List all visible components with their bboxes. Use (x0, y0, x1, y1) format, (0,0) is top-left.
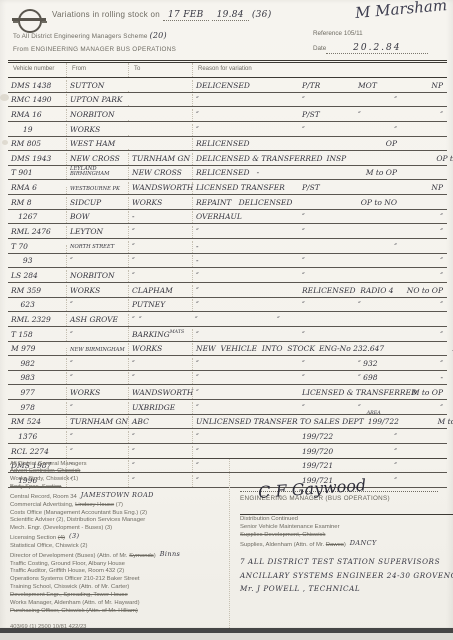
reason-text: UNLICENSED TRANSFER TO SALES DEPT (193, 416, 365, 428)
document-title: Variations in rolling stock on 17 FEB 19… (52, 10, 272, 21)
table-body: DMS 1438 SUTTON DELICENSED P/TR MOT NP R… (8, 78, 447, 488)
reason-cell: OVERHAUL ″ ″ (192, 211, 447, 223)
distribution-item: Commercial Advertising, Lindsey House (7… (10, 502, 225, 510)
reason-cell: ″ ″ ″ 698 - (192, 372, 447, 384)
table-row: LS 284 NORBITON ″ ″ ″ ″ (8, 268, 447, 283)
reason-text: - (193, 255, 299, 267)
from-cell: WORKS (66, 285, 128, 297)
reason-cell: UNLICENSED TRANSFER TO SALES DEPT AREA19… (192, 416, 453, 428)
reason-cell: ″ RELICENSED RADIO 4 NO to OP (192, 285, 447, 297)
reason-cell: ″ ″ ″ (192, 329, 447, 341)
reason-note-2: ″ (299, 124, 355, 136)
reason-cell: ″ ″ ″ 932 ″ (192, 358, 447, 370)
reason-cell: ″ ″ ″ (192, 124, 447, 136)
to-cell: ″ (128, 226, 192, 238)
table-row: 982 ″ ″ ″ ″ ″ 932 ″ (8, 356, 447, 371)
vehicle-number-cell: T 158 (8, 329, 66, 341)
reason-text: ″ (193, 387, 299, 399)
from-cell: ″ (66, 299, 128, 311)
vehicle-number-cell: 978 (8, 402, 66, 414)
vehicle-number-cell: 93 (8, 255, 66, 267)
from-cell: ″ (66, 372, 128, 384)
reason-cell: DELICENSED P/TR MOT NP (192, 80, 447, 92)
distribution-item: Statistical Office, Chiswick (2) (10, 543, 225, 551)
reason-note-3: - (401, 372, 447, 384)
reason-note-3: ″ (401, 226, 447, 238)
reason-cell: - ″ ″ (192, 255, 447, 267)
from-cell: SIDCUP (66, 197, 128, 209)
reason-cell: ″ LICENSED & TRANSFERRED M to OP (192, 387, 447, 399)
rolling-stock-table: Vehicle number From To Reason for variat… (8, 60, 447, 488)
reason-note-2 (355, 296, 401, 297)
reason-note-1: P/TR (299, 80, 355, 92)
reason-note-1: P/ST (299, 182, 355, 194)
reason-note-3: ″ (401, 402, 447, 414)
lt-roundel-logo (12, 8, 46, 32)
table-header-row: Vehicle number From To Reason for variat… (8, 63, 447, 78)
reason-cell: ″ ″ ″ (192, 94, 447, 106)
reason-cell: DELICENSED & TRANSFERRED INSP OP to M (192, 153, 453, 165)
table-row: RMC 1490 UPTON PARK ″ ″ ″ (8, 93, 447, 108)
reason-note-1: INSP (324, 153, 380, 165)
reason-note-1: ″ (136, 314, 192, 326)
distribution-item: Training School, Chiswick (Attn. of Mr. … (10, 584, 225, 592)
addressee-line: To All District Engineering Managers Sch… (13, 31, 167, 40)
reason-cell: - ″ (192, 241, 447, 253)
title-sequence-number: (36) (252, 10, 272, 20)
reason-text: ″ (193, 109, 299, 121)
reason-note-2 (299, 252, 355, 253)
distribution-item: Works Study, Chiswick (1) (10, 476, 225, 484)
reason-note-2 (372, 354, 418, 355)
distribution-item: Traffic Costing, Ground Floor, Albany Ho… (10, 561, 225, 569)
reason-cell: ″ ″ ″ ″ (192, 299, 447, 311)
reason-note-1: ″ (299, 226, 355, 238)
reason-text: ″ (193, 372, 299, 384)
reason-cell: LICENSED TRANSFER P/ST NP (192, 182, 447, 194)
addressee-count-handwritten: (20) (150, 31, 167, 40)
vehicle-number-cell: DMS 1943 (8, 153, 66, 165)
reason-text: REPAINT DELICENSED (193, 197, 299, 209)
reason-note-3: OP to NO (355, 197, 401, 209)
from-cell: NEW CROSS (66, 153, 128, 165)
from-cell: WORKS (66, 387, 128, 399)
reason-note-2: ″ 698 (355, 372, 401, 384)
from-cell: TURNHAM GN (66, 416, 128, 428)
table-row: DMS 1438 SUTTON DELICENSED P/TR MOT NP (8, 78, 447, 93)
reason-text: ″ (129, 314, 136, 326)
reason-text: - (193, 241, 299, 253)
to-cell: - (128, 211, 192, 223)
reason-cell: ″ ″ ″ ″ (192, 402, 447, 414)
handwritten-note: 7 ALL DISTRICT TEST STATION SUPERVISORS (240, 555, 453, 569)
reason-cell: REPAINT DELICENSED OP to NO (192, 197, 447, 209)
reason-note-1: RELICENSED RADIO 4 (299, 285, 355, 297)
reason-note-2 (299, 178, 355, 179)
table-row: 19 WORKS ″ ″ ″ (8, 122, 447, 137)
table-row: 983 ″ ″ ″ ″ ″ 698 - (8, 371, 447, 386)
to-cell: ″ (128, 241, 192, 253)
reason-note-2 (355, 237, 401, 238)
reason-note-3: NP (401, 80, 447, 92)
distribution-item: Works Manager, Aldenham (Attn. of Mr. Ha… (10, 600, 225, 608)
to-cell (128, 135, 192, 136)
vehicle-number-cell: 1267 (8, 211, 66, 223)
reason-note-1: ″ (299, 402, 355, 414)
reason-note-1: ″ (193, 124, 299, 136)
table-row: RMA 16 NORBITON ″ P/ST ″ ″ (8, 107, 447, 122)
from-cell: ″ (66, 358, 128, 370)
handwritten-notes: 7 ALL DISTRICT TEST STATION SUPERVISORS … (240, 555, 453, 596)
table-row: RM 524 TURNHAM GN ABC UNLICENSED TRANSFE… (8, 415, 447, 430)
distribution-item: Mech. Engr. (Development - Buses) (3) (10, 525, 225, 533)
to-cell: ASH GROVE (66, 314, 128, 326)
table-row: RM 805 WEST HAM RELICENSED OP (8, 137, 447, 152)
table-row: RM 8 SIDCUP WORKS REPAINT DELICENSED OP … (8, 195, 447, 210)
distribution-list-left: All District General Managers Advert Con… (8, 459, 230, 630)
scanned-document: Variations in rolling stock on 17 FEB 19… (0, 0, 453, 640)
reason-text: ″ (193, 226, 299, 238)
reason-note-1: P/ST (299, 109, 355, 121)
table-row: 977 WORKS WANDSWORTH ″ LICENSED & TRANSF… (8, 385, 447, 400)
to-cell (128, 149, 192, 150)
vehicle-number-cell: 19 (8, 124, 66, 136)
roundel-icon (18, 9, 42, 33)
reason-cell: RELICENSED - M to OP (192, 167, 447, 179)
date-line: Date 20.2.84 (313, 43, 428, 54)
distribution-item: Scientific Adviser (2), Distribution Ser… (10, 517, 225, 525)
to-cell: WANDSWORTH (128, 182, 192, 194)
reason-note-3: OP (355, 138, 401, 150)
reason-note-2 (355, 266, 401, 267)
distribution-item: Director of Development (Buses) (Attn. o… (10, 551, 225, 561)
distribution-item: All District General Managers (10, 461, 225, 469)
vehicle-number-cell: 1376 (8, 431, 66, 443)
reason-text: ″ (193, 94, 299, 106)
from-cell: LEYLAND BIRMINGHAM (66, 167, 128, 179)
table-row: RMA 6 WESTBOURNE PK WANDSWORTH LICENSED … (8, 180, 447, 195)
from-cell: BOW (66, 211, 128, 223)
from-cell: WESTBOURNE PK (66, 187, 128, 194)
reason-note-2: 199/720 (299, 446, 355, 458)
reason-note-3: M to S (421, 416, 453, 428)
handwritten-note: Mr. J POWELL , TECHNICAL (240, 582, 453, 596)
reason-text: ″ (193, 446, 299, 458)
from-cell: NORBITON (66, 109, 128, 121)
scan-margin (0, 633, 453, 640)
reason-note-3: NP (401, 182, 447, 194)
reason-text: OVERHAUL (193, 211, 299, 223)
vehicle-number-cell: M 979 (8, 343, 66, 355)
to-cell: ″ (128, 358, 192, 370)
reference-line: Reference 105/11 (313, 30, 363, 37)
reason-note-3: ″ (355, 124, 401, 136)
reason-note-3: ″ (401, 329, 447, 341)
reason-note-3: OP to M (426, 153, 453, 165)
to-cell (128, 105, 192, 106)
to-cell: BARKINGMATS (128, 327, 192, 341)
reason-note-1: ″ (299, 270, 355, 282)
distribution-item: Development Engr., Spreading, Tower Hous… (10, 592, 225, 600)
reason-note-1: ENG-No 232.647 (316, 343, 372, 355)
reason-cell: ″ ″ ″ (192, 226, 447, 238)
to-cell: TURNHAM GN (128, 153, 192, 165)
reason-text: NEW VEHICLE INTO STOCK (193, 343, 316, 355)
vehicle-number-cell: RML 2476 (8, 226, 66, 238)
reason-text: ″ (193, 329, 299, 341)
col-reason: Reason for variation (192, 63, 447, 77)
vehicle-number-cell: RM 359 (8, 285, 66, 297)
from-cell: ″ (66, 402, 128, 414)
table-row: DMS 1943 NEW CROSS TURNHAM GN DELICENSED… (8, 151, 447, 166)
to-cell: WORKS (128, 197, 192, 209)
reason-note-2 (355, 281, 401, 282)
to-cell: ABC (128, 416, 192, 428)
reason-note-3: ″ (355, 94, 401, 106)
vehicle-number-cell: T 901 (8, 167, 66, 179)
title-year-handwritten: 19.84 (212, 10, 249, 21)
reason-note-1: ″ (299, 329, 355, 341)
col-to: To (128, 63, 192, 77)
reason-note-2: AREA199/722 (365, 416, 421, 428)
table-row: T 158 ″ BARKINGMATS ″ ″ ″ (8, 327, 447, 342)
vehicle-number-cell: RM 524 (8, 416, 66, 428)
distribution-item: Senior Vehicle Maintenance Examiner (240, 523, 453, 531)
vehicle-number-cell: 623 (8, 299, 66, 311)
reason-text: ″ (193, 270, 299, 282)
table-row: M 979 NEW BIRMINGHAM WORKS NEW VEHICLE I… (8, 342, 447, 357)
vehicle-number-cell: DMS 1438 (8, 80, 66, 92)
vehicle-number-cell: RMA 6 (8, 182, 66, 194)
reference-value: 105/11 (344, 30, 363, 37)
reason-note-2: ″ (355, 299, 401, 311)
vehicle-number-cell: RML 2329 (8, 314, 66, 326)
from-cell: ″ (66, 255, 128, 267)
table-row: T 901 LEYLAND BIRMINGHAM NEW CROSS RELIC… (8, 166, 447, 181)
col-vehicle-number: Vehicle number (8, 63, 66, 77)
reason-note-1: LICENSED & TRANSFERRED (299, 387, 355, 399)
reason-text: DELICENSED & TRANSFERRED (193, 153, 324, 165)
reason-cell: NEW VEHICLE INTO STOCK ENG-No 232.647 M (192, 343, 453, 355)
table-row: RML 2329 ASH GROVE ″ ″ ″ ″ (8, 312, 447, 327)
from-cell: ″ (66, 431, 128, 443)
to-cell: WANDSWORTH (128, 387, 192, 399)
reason-note-3: ″ (355, 446, 401, 458)
to-cell: WORKS (128, 343, 192, 355)
reason-note-2: ″ (192, 314, 238, 326)
table-row: T 70 NORTH STREET ″ - ″ (8, 239, 447, 254)
reason-cell: ″ P/ST ″ ″ (192, 109, 447, 121)
reason-note-2 (355, 193, 401, 194)
reason-note-2: 199/722 (299, 431, 355, 443)
reason-note-2 (355, 398, 401, 399)
distribution-item: Distribution Continued (240, 515, 453, 523)
to-superscript: MATS (170, 330, 185, 335)
reason-note-3: M (418, 343, 453, 355)
from-cell: LEYTON (66, 226, 128, 238)
reason-text: RELICENSED (193, 138, 299, 150)
reason-note-3: ″ (401, 270, 447, 282)
table-row: 978 ″ UXBRIDGE ″ ″ ″ ″ (8, 400, 447, 415)
to-cell: UXBRIDGE (128, 402, 192, 414)
vehicle-number-cell: RCL 2274 (8, 446, 66, 458)
to-cell: ″ (128, 431, 192, 443)
distribution-item: Advert Controller, Chiswick (10, 468, 225, 476)
reason-note-2 (355, 222, 401, 223)
reason-note-3: NO to OP (401, 285, 447, 297)
reason-text: ″ (193, 431, 299, 443)
vehicle-number-cell: RMC 1490 (8, 94, 66, 106)
vehicle-number-cell: 977 (8, 387, 66, 399)
distribution-item: Supplies, Aldenham (Attn. of Mr. Dawes)D… (240, 539, 453, 549)
reason-note-2 (299, 149, 355, 150)
to-cell: PUTNEY (128, 299, 192, 311)
reason-text: ″ (193, 299, 299, 311)
to-cell (128, 91, 192, 92)
reason-note-1: ″ (299, 358, 355, 370)
from-cell: NORBITON (66, 270, 128, 282)
from-cell: NORTH STREET (66, 245, 128, 252)
to-cell (128, 120, 192, 121)
reason-note-3: ″ (401, 358, 447, 370)
reason-cell: ″ ″ ″ (192, 270, 447, 282)
reason-note-1: ″ (299, 255, 355, 267)
reason-note-1: ″ (299, 372, 355, 384)
reason-text: ″ (193, 402, 299, 414)
date-value-handwritten: 20.2.84 (326, 43, 428, 54)
reason-note-3: ″ (355, 241, 401, 253)
vehicle-number-cell: LS 284 (8, 270, 66, 282)
reason-note-3: ″ (355, 431, 401, 443)
reason-note-2 (355, 340, 401, 341)
reason-note-1: ″ (299, 299, 355, 311)
vehicle-number-cell: RM 805 (8, 138, 66, 150)
from-cell: WEST HAM (66, 138, 128, 150)
reason-note-3: M to OP (401, 387, 447, 399)
table-row: RCL 2274 ″ ″ ″ 199/720 ″ (8, 444, 447, 459)
reason-note-2: ″ (355, 109, 401, 121)
vehicle-number-cell: 983 (8, 372, 66, 384)
to-cell: CLAPHAM (128, 285, 192, 297)
from-cell: SUTTON (66, 80, 128, 92)
reason-text: ″ (193, 358, 299, 370)
title-date-handwritten: 17 FEB (163, 10, 209, 21)
table-row: RM 359 WORKS CLAPHAM ″ RELICENSED RADIO … (8, 283, 447, 298)
from-cell: UPTON PARK (66, 94, 128, 106)
to-cell: ″ (128, 270, 192, 282)
distribution-item: Central Record, Room 34JAMESTOWN ROAD (10, 492, 225, 502)
reason-text: LICENSED TRANSFER (193, 182, 299, 194)
table-row: 1267 BOW - OVERHAUL ″ ″ (8, 210, 447, 225)
table-row: 93 ″ ″ - ″ ″ (8, 254, 447, 269)
reason-note-2: ″ 932 (355, 358, 401, 370)
table-row: RML 2476 LEYTON ″ ″ ″ ″ (8, 224, 447, 239)
distribution-item: Supplies Development, Chiswick (240, 531, 453, 539)
reason-text: DELICENSED (193, 80, 299, 92)
distribution-item: Costs Office (Management Accountant Bus … (10, 510, 225, 518)
vehicle-number-cell: RM 8 (8, 197, 66, 209)
distribution-item: Operations Systems Officer 210-212 Baker… (10, 576, 225, 584)
reason-note-3: ″ (401, 299, 447, 311)
reason-note-2: ″ (299, 94, 355, 106)
reason-note-3: ″ (401, 255, 447, 267)
distribution-list-right: C F Gaywood ENGINEERING MANAGER (BUS OPE… (230, 459, 453, 630)
distribution-item: Traffic Auditor, Griffith House, Room 43… (10, 568, 225, 576)
reason-cell: RELICENSED OP (192, 138, 447, 150)
handwritten-note: ANCILLARY SYSTEMS ENGINEER 24-30 GROVENO… (240, 569, 453, 583)
distribution-item: Purchasing Officer, Chiswick (Attn. of M… (10, 608, 225, 616)
vehicle-number-cell: T 70 (8, 241, 66, 253)
title-label: Variations in rolling stock on (52, 10, 160, 19)
reason-note-3: ″ (401, 211, 447, 223)
from-cell: NEW BIRMINGHAM (66, 348, 128, 355)
scan-smudge (0, 94, 9, 101)
reason-cell: ″ 199/722 ″ (192, 431, 447, 443)
reason-note-2 (380, 164, 426, 165)
to-cell: ″ (128, 255, 192, 267)
from-cell: WORKS (66, 124, 128, 136)
table-row: 623 ″ PUTNEY ″ ″ ″ ″ (8, 298, 447, 313)
reason-text: ″ (193, 285, 299, 297)
reason-note-3: ″ (401, 109, 447, 121)
from-cell: ″ (66, 446, 128, 458)
vehicle-number-cell: 982 (8, 358, 66, 370)
approval-signature: M Marsham (354, 0, 447, 22)
sender-line: From ENGINEERING MANAGER BUS OPERATIONS (13, 46, 176, 53)
reason-text: RELICENSED - (193, 167, 299, 179)
from-cell: ″ (66, 329, 128, 341)
reason-note-1: ″ (299, 211, 355, 223)
distribution-section: All District General Managers Advert Con… (8, 458, 447, 630)
reason-note-2: MOT (355, 80, 401, 92)
scan-smudge (2, 140, 8, 145)
reason-cell: ″ ″ ″ ″ (128, 314, 192, 326)
vehicle-number-cell: RMA 16 (8, 109, 66, 121)
reason-note-3: ″ (238, 314, 284, 326)
reason-note-3: M to OP (355, 167, 401, 179)
distribution-item: Licensing Section (4)(3) (10, 533, 225, 543)
to-cell: NEW CROSS (128, 167, 192, 179)
reason-cell: ″ 199/720 ″ (192, 446, 447, 458)
reason-note-2 (299, 208, 355, 209)
to-cell: ″ (128, 372, 192, 384)
table-row: 1376 ″ ″ ″ 199/722 ″ (8, 429, 447, 444)
to-cell: ″ (128, 446, 192, 458)
col-from: From (66, 63, 128, 77)
